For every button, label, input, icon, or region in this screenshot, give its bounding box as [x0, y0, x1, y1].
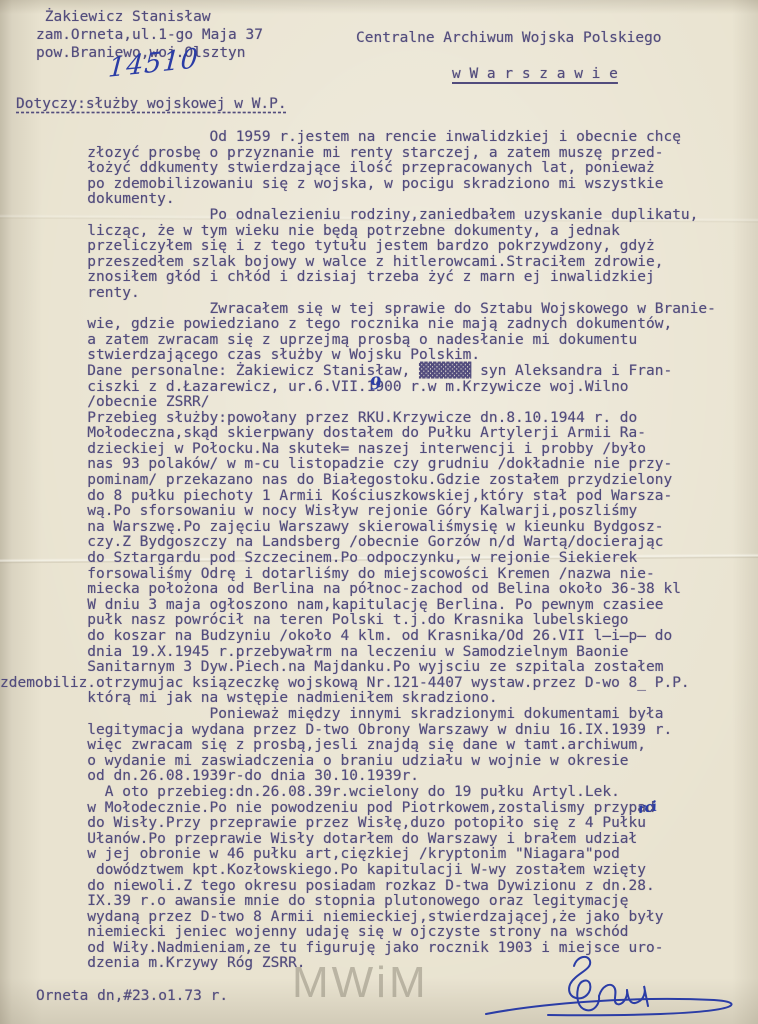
subject-line: Dotyczy:służby wojskowej w W.P.	[16, 96, 287, 112]
recipient-name: Centralne Archiwum Wojska Polskiego	[356, 30, 662, 46]
recipient-city: w W a r s z a w i e	[452, 66, 618, 82]
signature-handwritten	[478, 952, 748, 1024]
handwritten-correction: rci	[637, 799, 657, 817]
body-text: Od 1959 r.jestem na rencie inwalidzkiej …	[0, 130, 716, 972]
handwritten-year-digit: 9	[369, 373, 383, 394]
date-line: Orneta dn,#23.o1.73 r.	[36, 988, 228, 1004]
watermark: MWiM	[292, 958, 429, 1008]
document-page: Żakiewicz Stanisław zam.Orneta,ul.1-go M…	[0, 0, 758, 1024]
